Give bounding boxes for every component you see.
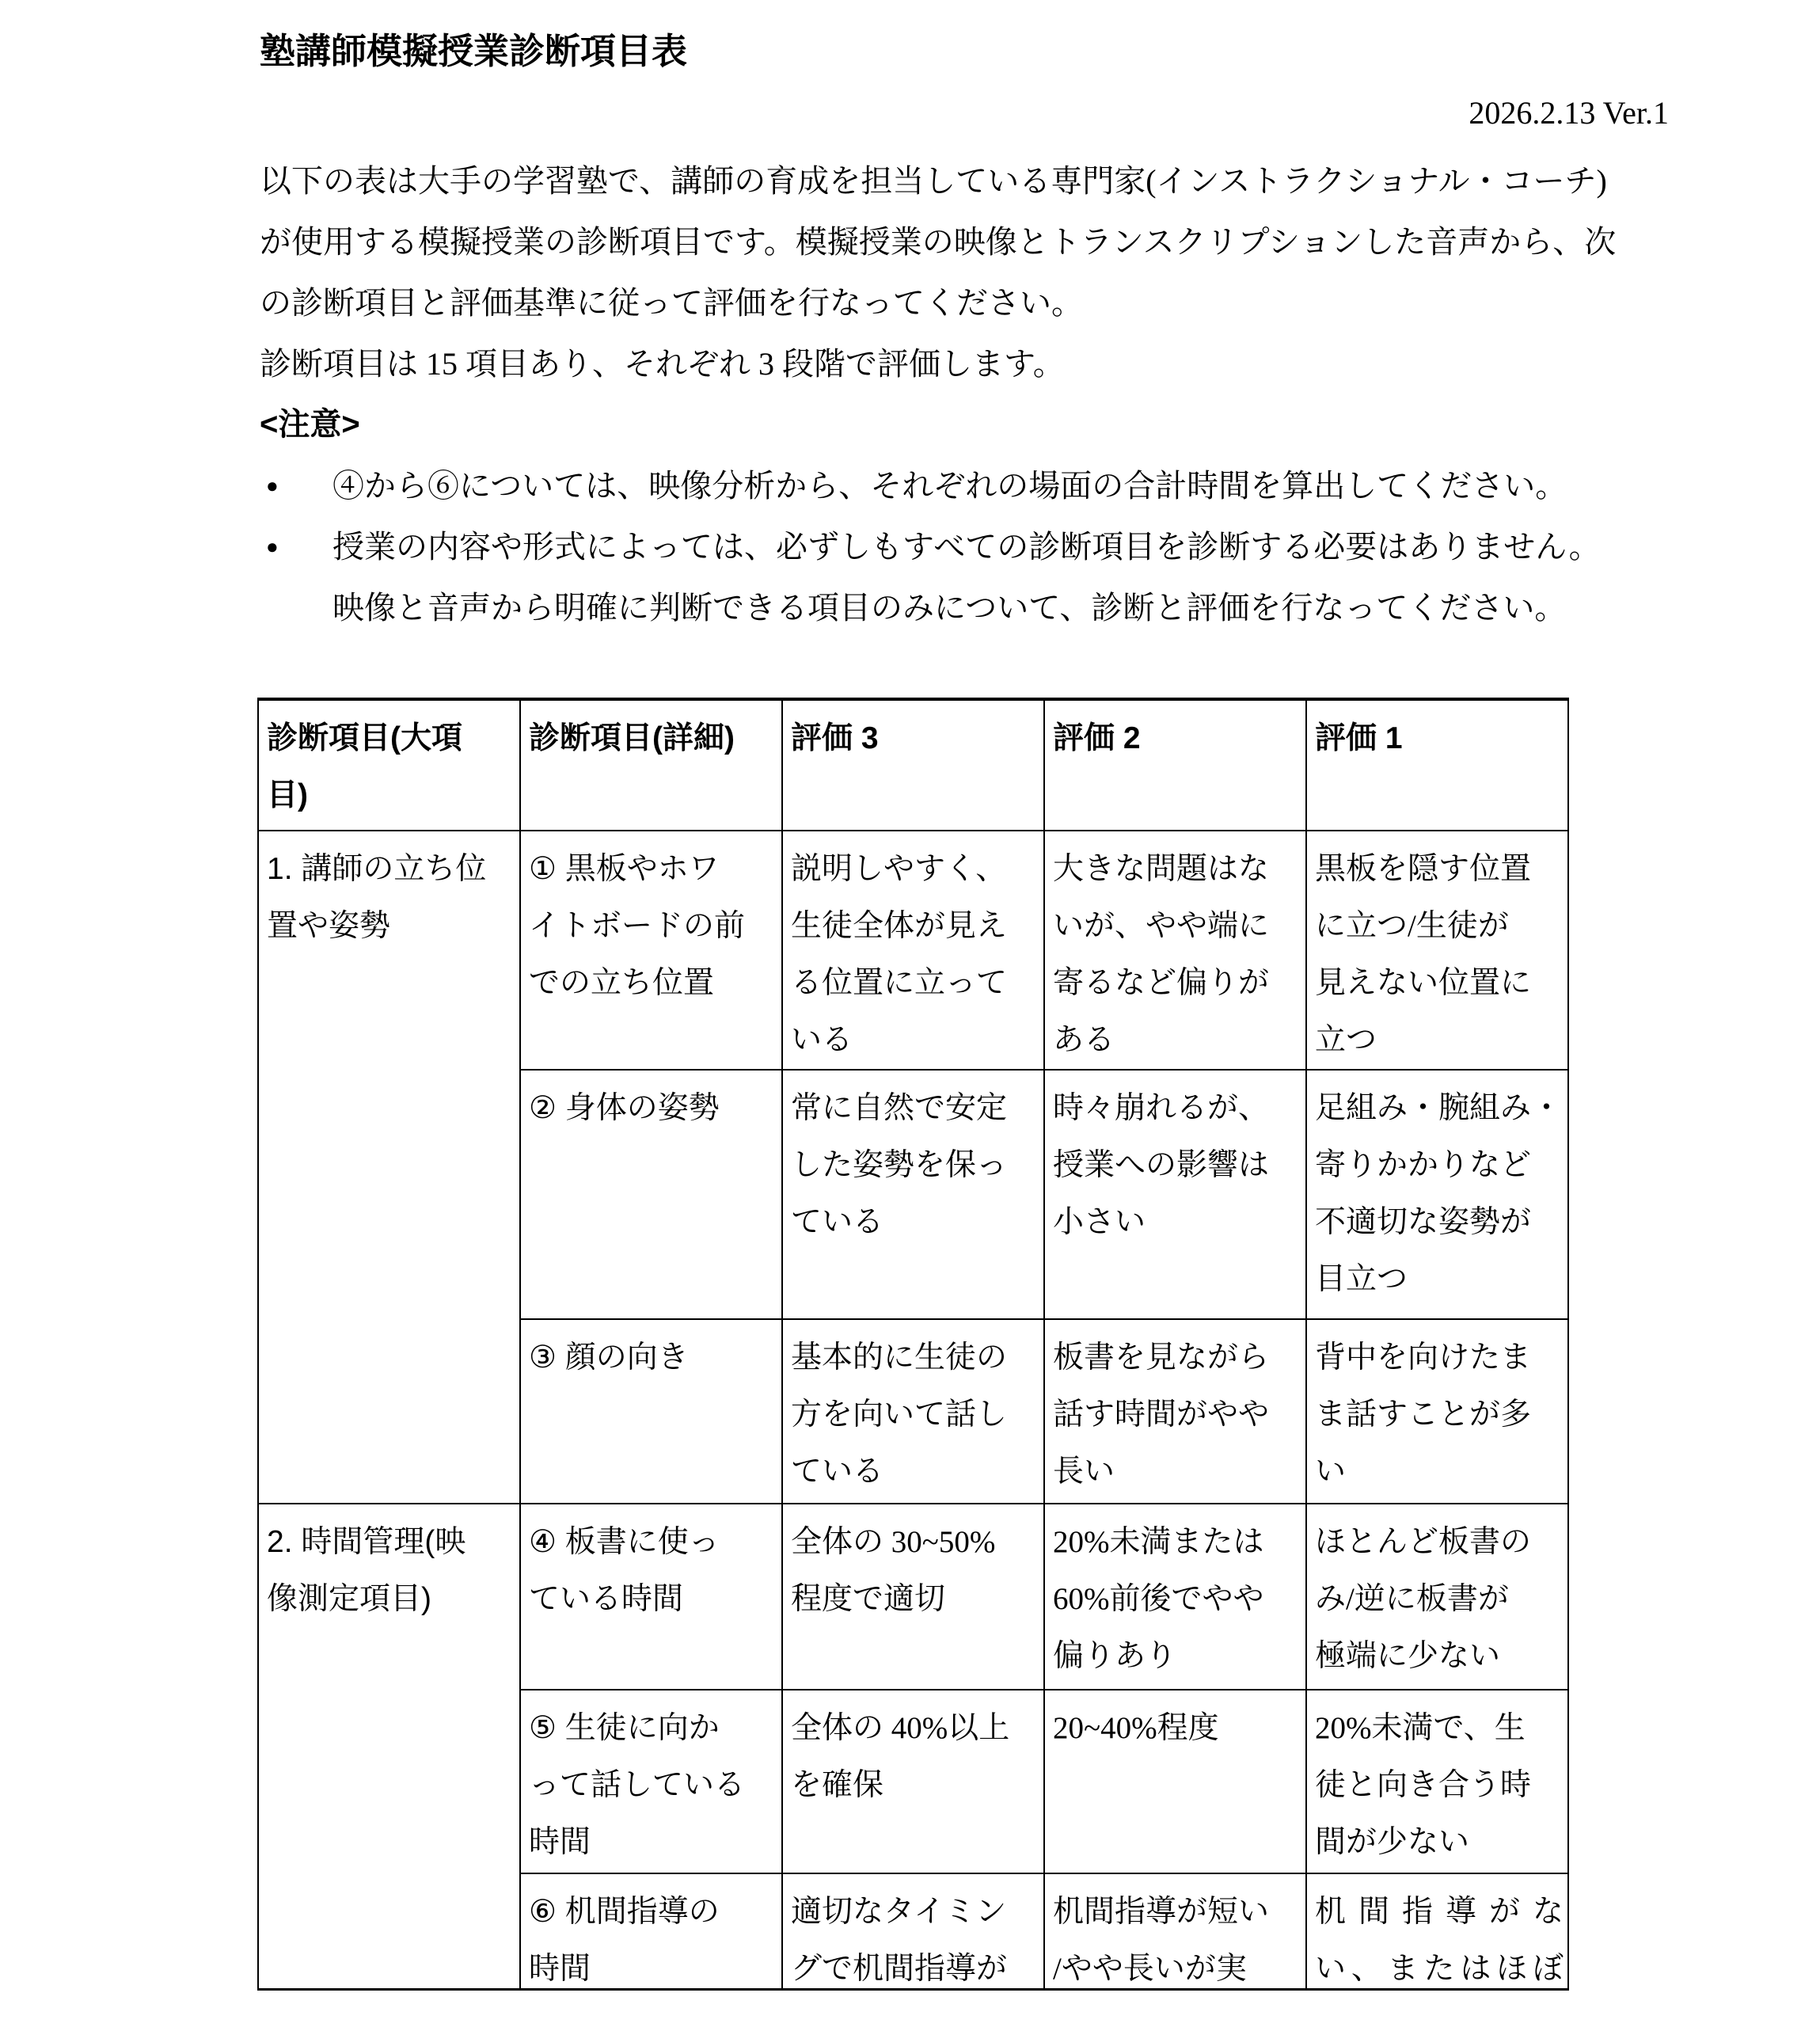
intro-paragraph: 以下の表は大手の学習塾で、講師の育成を担当している専門家(インストラクショナル・…: [260, 150, 1708, 333]
header-eval2: 評価 2: [1044, 699, 1306, 831]
eval3-cell: 常に自然で安定 した姿勢を保っ ている: [782, 1070, 1044, 1319]
category-cell: 2. 時間管理(映 像測定項目): [258, 1504, 520, 1991]
header-item: 診断項目(詳細): [520, 699, 782, 831]
version-date: 2026.2.13 Ver.1: [260, 92, 1669, 135]
item-cell: ① 黒板やホワ イトボードの前 での立ち位置: [520, 831, 782, 1070]
eval2-cell: 時々崩れるが、 授業への影響は 小さい: [1044, 1070, 1306, 1319]
eval1-cell: 机間指導がな い、またはほぼ: [1306, 1873, 1568, 1991]
notice-text: ④から⑥については、映像分析から、それぞれの場面の合計時間を算出してください。: [332, 468, 1567, 504]
eval3-cell: 基本的に生徒の 方を向いて話し ている: [782, 1319, 1044, 1504]
item-cell: ⑥ 机間指導の 時間: [520, 1873, 782, 1991]
eval2-cell: 大きな問題はな いが、やや端に 寄るなど偏りが ある: [1044, 831, 1306, 1070]
eval2-cell: 板書を見ながら 話す時間がやや 長い: [1044, 1319, 1306, 1504]
eval3-cell: 全体の 40%以上 を確保: [782, 1690, 1044, 1873]
table-page-cut-border: [257, 1988, 1567, 1991]
eval2-cell: 机間指導が短い /やや長いが実: [1044, 1873, 1306, 1991]
eval3-cell: 説明しやすく、 生徒全体が見え る位置に立って いる: [782, 831, 1044, 1070]
eval1-cell: ほとんど板書の み/逆に板書が 極端に少ない: [1306, 1504, 1568, 1690]
bullet-icon: ●: [266, 516, 279, 577]
notice-list: ● ④から⑥については、映像分析から、それぞれの場面の合計時間を算出してください…: [260, 455, 1708, 638]
item-count-note: 診断項目は 15 項目あり、それぞれ 3 段階で評価します。: [260, 333, 1708, 394]
notice-text: 授業の内容や形式によっては、必ずしもすべての診断項目を診断する必要はありません。…: [332, 529, 1601, 626]
item-cell: ② 身体の姿勢: [520, 1070, 782, 1319]
category-cell: 1. 講師の立ち位 置や姿勢: [258, 831, 520, 1504]
header-eval3: 評価 3: [782, 699, 1044, 831]
document-page: 塾講師模擬授業診断項目表 2026.2.13 Ver.1 以下の表は大手の学習塾…: [0, 0, 1820, 2027]
bullet-icon: ●: [266, 455, 279, 516]
eval1-cell: 20%未満で、生 徒と向き合う時 間が少ない: [1306, 1690, 1568, 1873]
eval1-cell: 足組み・腕組み・ 寄りかかりなど 不適切な姿勢が 目立つ: [1306, 1070, 1568, 1319]
eval3-cell: 全体の 30~50% 程度で適切: [782, 1504, 1044, 1690]
notice-item: ● 授業の内容や形式によっては、必ずしもすべての診断項目を診断する必要はありませ…: [260, 516, 1708, 638]
eval2-cell: 20~40%程度: [1044, 1690, 1306, 1873]
table-row: 2. 時間管理(映 像測定項目) ④ 板書に使っ ている時間 全体の 30~50…: [258, 1504, 1568, 1690]
eval3-cell: 適切なタイミン グで机間指導が: [782, 1873, 1044, 1991]
table-header-row: 診断項目(大項 目) 診断項目(詳細) 評価 3 評価 2 評価 1: [258, 699, 1568, 831]
notice-heading: <注意>: [260, 394, 1708, 455]
document-body: 以下の表は大手の学習塾で、講師の育成を担当している専門家(インストラクショナル・…: [260, 150, 1708, 1991]
rubric-table-container: 診断項目(大項 目) 診断項目(詳細) 評価 3 評価 2 評価 1 1. 講師…: [257, 698, 1572, 1991]
item-cell: ⑤ 生徒に向か って話している 時間: [520, 1690, 782, 1873]
item-cell: ③ 顔の向き: [520, 1319, 782, 1504]
diagnostic-rubric-table: 診断項目(大項 目) 診断項目(詳細) 評価 3 評価 2 評価 1 1. 講師…: [257, 698, 1569, 1991]
header-eval1: 評価 1: [1306, 699, 1568, 831]
eval1-cell: 背中を向けたま ま話すことが多 い: [1306, 1319, 1568, 1504]
item-cell: ④ 板書に使っ ている時間: [520, 1504, 782, 1690]
header-category: 診断項目(大項 目): [258, 699, 520, 831]
eval2-cell: 20%未満または 60%前後でやや 偏りあり: [1044, 1504, 1306, 1690]
eval1-cell: 黒板を隠す位置 に立つ/生徒が 見えない位置に 立つ: [1306, 831, 1568, 1070]
table-row: 1. 講師の立ち位 置や姿勢 ① 黒板やホワ イトボードの前 での立ち位置 説明…: [258, 831, 1568, 1070]
page-title: 塾講師模擬授業診断項目表: [260, 27, 687, 76]
notice-item: ● ④から⑥については、映像分析から、それぞれの場面の合計時間を算出してください…: [260, 455, 1708, 516]
